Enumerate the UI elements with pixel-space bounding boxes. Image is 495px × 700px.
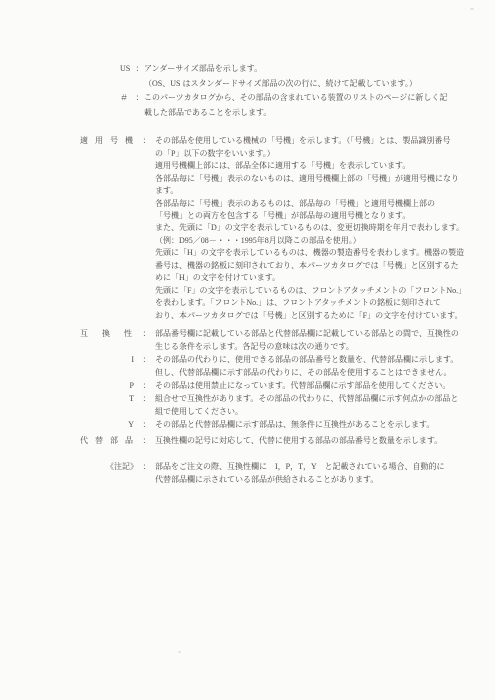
legend-block-size-symbols: US ： アンダーサイズ部品を示します。 （OS、US はスタンダードサイズ部品… — [0, 62, 495, 120]
colon: ： — [138, 353, 155, 366]
body-line: 互換性欄の記号に対応して、代替に使用する部品の部品番号と数量を示します。 — [155, 434, 495, 447]
legend-text: （OS、US はスタンダードサイズ部品の次の行に、続けて記載しています。） — [144, 77, 495, 92]
body-line: 先頭に「H」の文字を表示しているものは、機器の製造番号を表わします。機器の製造 — [155, 247, 495, 259]
legend-item-us: US ： アンダーサイズ部品を示します。 — [0, 62, 495, 77]
scan-speck — [178, 651, 181, 653]
legend-item-us-cont: （OS、US はスタンダードサイズ部品の次の行に、続けて記載しています。） — [0, 77, 495, 92]
legend-item-hash: ＃ ： このパーツカタログから、その部品の含まれている装置のリストのページに新し… — [0, 91, 495, 106]
body-line: 各部品毎に「号機」表示のあるものは、部品毎の「号機」と適用号機欄上部の — [155, 198, 495, 210]
sub-key: I — [80, 353, 138, 366]
section-label: 代替部品 — [80, 434, 138, 447]
section-applicable-serial-numbers: 適用号機 ： その部品を使用している機械の「号機」を示します。（「号機」とは、製… — [0, 135, 495, 322]
body-line: その部品を使用している機械の「号機」を示します。（「号機」とは、製品識別番号 — [155, 135, 495, 147]
colon: ： — [138, 418, 155, 431]
body-line: 代替部品欄に示されている部品が供給されることがあります。 — [155, 473, 495, 487]
body-line: その部品の代わりに、使用できる部品の部品番号と数量を、代替部品欄に示します。 — [155, 353, 495, 366]
body-line: 部品番号欄に記載している部品と代替部品欄に記載している部品との間で、互換性の — [155, 327, 495, 340]
body-line: 先頭に「F」の文字を表示しているものは、フロントアタッチメントの「フロントNo.… — [155, 285, 495, 297]
section-label: 適用号機 — [80, 135, 138, 147]
legend-text: このパーツカタログから、その部品の含まれている装置のリストのページに新しく記 — [144, 91, 495, 106]
body-line: 各部品毎に「号機」表示のないものは、適用号機欄上部の「号機」が適用号機になり — [155, 173, 495, 185]
sub-key: P — [80, 379, 138, 392]
sub-key: T — [80, 392, 138, 405]
scan-speck — [470, 8, 474, 10]
section-heading-row: 代替部品 ： 互換性欄の記号に対応して、代替に使用する部品の部品番号と数量を示し… — [0, 434, 495, 447]
body-line: その部品と代替部品欄に示す部品は、無条件に互換性があることを示します。 — [155, 418, 495, 431]
legend-text: アンダーサイズ部品を示します。 — [144, 62, 495, 77]
section-label: 互換性 — [80, 327, 138, 340]
colon: ： — [138, 379, 155, 392]
section-interchangeability: 互換性 ： 部品番号欄に記載している部品と代替部品欄に記載している部品との間で、… — [0, 327, 495, 431]
body-line: （例：D95／08－・・・1995年8月以降この部品を使用。） — [155, 235, 495, 247]
sub-key: Y — [80, 418, 138, 431]
note-label: 《注記》 — [80, 460, 138, 474]
colon: ： — [138, 327, 155, 340]
section-heading-row: 互換性 ： 部品番号欄に記載している部品と代替部品欄に記載している部品との間で、… — [0, 327, 495, 340]
colon: ： — [135, 62, 144, 77]
scanned-document-page: US ： アンダーサイズ部品を示します。 （OS、US はスタンダードサイズ部品… — [0, 0, 495, 700]
sub-item-Y: Y ： その部品と代替部品欄に示す部品は、無条件に互換性があることを示します。 — [0, 418, 495, 431]
body-line: 「号機」との両方を包含する「号機」が部品毎の適用号機となります。 — [155, 210, 495, 222]
colon: ： — [138, 135, 155, 147]
body-line: また、先頭に「D」の文字を表示しているものは、変更切換時期を年月で表わします。 — [155, 222, 495, 234]
body-line: 但し、代替部品欄に示す部品の代わりに、その部品を使用することはできません。 — [155, 366, 495, 379]
symbol-hash: ＃ — [120, 91, 135, 106]
colon: ： — [138, 434, 155, 447]
body-line: 部品をご注文の際、互換性欄に I，P，T，Y と記載されている場合、自動的に — [155, 460, 495, 474]
body-line: めに「H」の文字を付けています。 — [155, 272, 495, 284]
body-line: 番号は、機器の銘板に刻印されており、本パーツカタログでは「号機」と区別するた — [155, 260, 495, 272]
body-line: ます。 — [155, 185, 495, 197]
section-note: 《注記》 ： 部品をご注文の際、互換性欄に I，P，T，Y と記載されている場合… — [0, 460, 495, 487]
colon: ： — [138, 392, 155, 405]
section-alternative-parts: 代替部品 ： 互換性欄の記号に対応して、代替に使用する部品の部品番号と数量を示し… — [0, 434, 495, 447]
body-line: を表わします。「フロントNo.」は、フロントアタッチメントの銘板に刻印されて — [155, 297, 495, 309]
colon: ： — [138, 460, 155, 474]
section-heading-row: 適用号機 ： その部品を使用している機械の「号機」を示します。（「号機」とは、製… — [0, 135, 495, 147]
legend-text: 載した部品であることを示します。 — [144, 106, 495, 121]
legend-item-hash-cont: 載した部品であることを示します。 — [0, 106, 495, 121]
sub-item-P: P ： その部品は使用禁止になっています。代替部品欄に示す部品を使用してください… — [0, 379, 495, 392]
body-line: 組合せで互換性があります。その部品の代わりに、代替部品欄に示す何点かの部品と — [155, 392, 495, 405]
symbol-us: US — [120, 62, 135, 77]
section-heading-row: 《注記》 ： 部品をご注文の際、互換性欄に I，P，T，Y と記載されている場合… — [0, 460, 495, 474]
body-line: その部品は使用禁止になっています。代替部品欄に示す部品を使用してください。 — [155, 379, 495, 392]
body-line: おり、本パーツカタログでは「号機」と区別するために「F」の文字を付けています。 — [155, 310, 495, 322]
colon: ： — [135, 91, 144, 106]
body-line: 適用号機欄上部には、部品全体に適用する「号機」を表示しています。 — [155, 160, 495, 172]
body-line: 生じる条件を示します。各記号の意味は次の通りです。 — [155, 340, 495, 353]
sub-item-T: T ： 組合せで互換性があります。その部品の代わりに、代替部品欄に示す何点かの部… — [0, 392, 495, 405]
body-line: 組で使用してください。 — [155, 405, 495, 418]
body-line: の「P」以下の数字をいいます。） — [155, 148, 495, 160]
sub-item-I: I ： その部品の代わりに、使用できる部品の部品番号と数量を、代替部品欄に示しま… — [0, 353, 495, 366]
